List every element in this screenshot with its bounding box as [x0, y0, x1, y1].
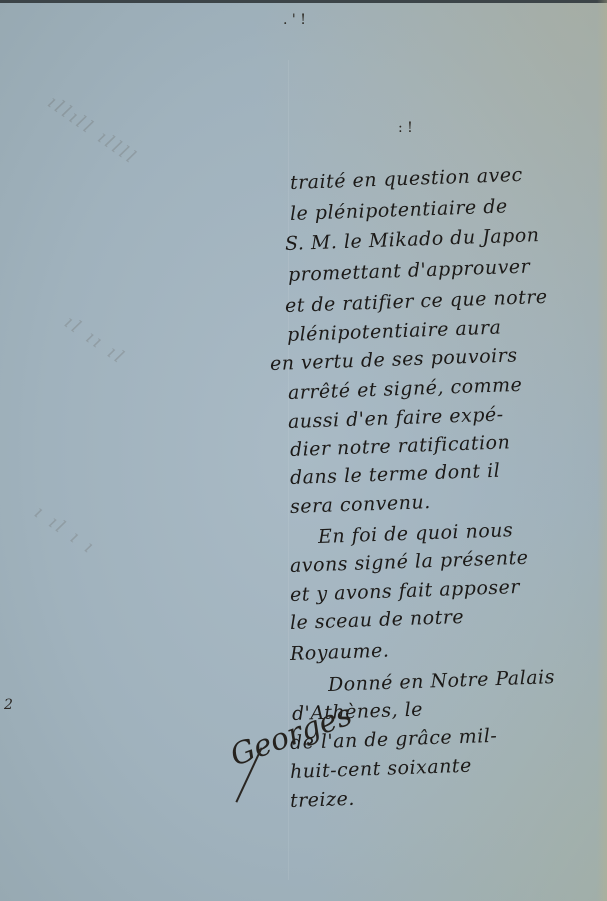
text-line: dans le terme dont il: [290, 460, 501, 489]
text-line: arrêté et signé, comme: [288, 374, 523, 404]
text-line: huit-cent soixante: [290, 755, 472, 783]
text-line: plénipotentiaire aura: [287, 317, 502, 346]
scan-top-edge: [0, 0, 607, 3]
bleed-through-text: ı ıl ı ı: [30, 502, 99, 559]
text-line: En foi de quoi nous: [318, 519, 514, 548]
text-line: promettant d'approuver: [288, 256, 531, 286]
text-line: S. M. le Mikado du Japon: [285, 224, 540, 255]
text-line: en vertu de ses pouvoirs: [270, 344, 518, 375]
text-line: aussi d'en faire expé-: [288, 403, 504, 433]
bleed-through-text: ıl ıı ıl: [60, 312, 129, 369]
margin-number: 2: [4, 697, 13, 713]
text-line: Donné en Notre Palais: [328, 666, 556, 696]
text-line: le sceau de notre: [290, 606, 465, 634]
text-line: et y avons fait apposer: [290, 576, 521, 606]
bleed-through-text: ıllıll ıllll: [43, 92, 141, 169]
paper-right-edge: [597, 0, 607, 901]
text-line: et de ratifier ce que notre: [285, 286, 548, 317]
text-line: dier notre ratification: [290, 431, 511, 461]
text-line: le plénipotentiaire de: [290, 195, 508, 225]
text-line: sera convenu.: [290, 491, 431, 518]
text-line: Royaume.: [290, 640, 390, 665]
document-page: ıllıll ıllll ıl ıı ıl ı ıl ı ı . ' ! : !…: [0, 0, 607, 901]
text-line: traité en question avec: [290, 164, 523, 194]
ink-mark: : !: [398, 120, 413, 136]
text-line: treize.: [290, 788, 356, 812]
ink-mark-top: . ' !: [283, 12, 306, 28]
text-line: avons signé la présente: [290, 547, 529, 577]
